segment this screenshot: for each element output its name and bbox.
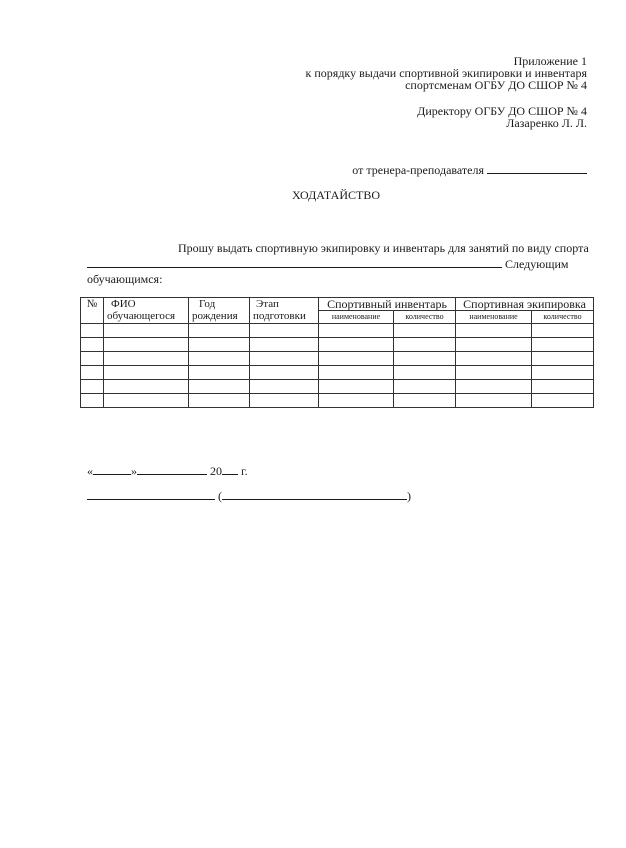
table-cell[interactable] — [104, 352, 189, 366]
table-row — [81, 380, 594, 394]
addressee-line-2: Лазаренко Л. Л. — [257, 117, 587, 129]
table-cell[interactable] — [104, 338, 189, 352]
table-cell[interactable] — [189, 324, 250, 338]
table-row — [81, 352, 594, 366]
table-cell[interactable] — [456, 394, 532, 408]
table-cell[interactable] — [456, 380, 532, 394]
table-cell[interactable] — [250, 324, 319, 338]
year-suffix: г. — [241, 464, 248, 478]
document-header: Приложение 1 к порядку выдачи спортивной… — [257, 55, 587, 129]
col-header-number: № — [81, 298, 104, 324]
col-header-birth-year: Годрождения — [189, 298, 250, 324]
table-cell[interactable] — [81, 380, 104, 394]
table-cell[interactable] — [250, 352, 319, 366]
table-cell[interactable] — [189, 352, 250, 366]
table-cell[interactable] — [81, 324, 104, 338]
table-cell[interactable] — [319, 380, 394, 394]
group-header-inventory: Спортивный инвентарь — [319, 298, 456, 311]
table-cell[interactable] — [81, 394, 104, 408]
month-blank[interactable] — [137, 464, 207, 475]
table-cell[interactable] — [81, 366, 104, 380]
table-cell[interactable] — [104, 366, 189, 380]
table-row — [81, 366, 594, 380]
sport-line: Следующим — [87, 257, 569, 270]
table-cell[interactable] — [394, 352, 456, 366]
col-header-stage: Этапподготовки — [250, 298, 319, 324]
table-cell[interactable] — [189, 366, 250, 380]
sport-name-blank[interactable] — [87, 257, 502, 268]
table-cell[interactable] — [319, 394, 394, 408]
table-cell[interactable] — [394, 394, 456, 408]
table-cell[interactable] — [250, 338, 319, 352]
table-cell[interactable] — [532, 352, 594, 366]
table-cell[interactable] — [319, 352, 394, 366]
subheader-inventory-name: наименование — [319, 311, 394, 324]
trainer-name-blank[interactable] — [487, 163, 587, 174]
table-cell[interactable] — [532, 394, 594, 408]
table-cell[interactable] — [532, 338, 594, 352]
table-cell[interactable] — [250, 394, 319, 408]
next-word: Следующим — [505, 257, 569, 271]
signature-blank[interactable] — [87, 489, 215, 500]
year-blank[interactable] — [222, 464, 238, 475]
table-cell[interactable] — [319, 338, 394, 352]
signature-decoding-blank[interactable] — [222, 489, 407, 500]
table-row — [81, 338, 594, 352]
table-cell[interactable] — [104, 324, 189, 338]
table-cell[interactable] — [189, 338, 250, 352]
students-label: обучающимся: — [87, 273, 162, 285]
table-cell[interactable] — [189, 394, 250, 408]
from-trainer-line: от тренера-преподавателя — [352, 163, 587, 176]
table-cell[interactable] — [250, 380, 319, 394]
table-cell[interactable] — [319, 366, 394, 380]
year-prefix: 20 — [210, 464, 222, 478]
table-cell[interactable] — [394, 324, 456, 338]
request-text: Прошу выдать спортивную экипировку и инв… — [178, 242, 589, 254]
date-line: «» 20 г. — [87, 464, 248, 477]
table-cell[interactable] — [394, 338, 456, 352]
table-cell[interactable] — [319, 324, 394, 338]
col-header-fio: ФИОобучающегося — [104, 298, 189, 324]
subheader-equipment-name: наименование — [456, 311, 532, 324]
signature-line: () — [87, 489, 411, 502]
table-cell[interactable] — [394, 366, 456, 380]
table-cell[interactable] — [532, 324, 594, 338]
table-cell[interactable] — [189, 380, 250, 394]
document-title: ХОДАТАЙСТВО — [292, 188, 380, 203]
paren-close: ) — [407, 489, 411, 503]
table-header-row-1: № ФИОобучающегося Годрождения Этапподгот… — [81, 298, 594, 311]
subheader-inventory-qty: количество — [394, 311, 456, 324]
table-row — [81, 394, 594, 408]
subheader-equipment-qty: количество — [532, 311, 594, 324]
table-row — [81, 324, 594, 338]
table-cell[interactable] — [394, 380, 456, 394]
table-cell[interactable] — [81, 352, 104, 366]
table-cell[interactable] — [456, 366, 532, 380]
table-cell[interactable] — [456, 324, 532, 338]
table-cell[interactable] — [250, 366, 319, 380]
table-cell[interactable] — [104, 394, 189, 408]
table-cell[interactable] — [532, 366, 594, 380]
group-header-equipment: Спортивная экипировка — [456, 298, 594, 311]
table-cell[interactable] — [81, 338, 104, 352]
table-cell[interactable] — [456, 352, 532, 366]
table-cell[interactable] — [104, 380, 189, 394]
appendix-line-3: спортсменам ОГБУ ДО СШОР № 4 — [257, 79, 587, 91]
students-table: № ФИОобучающегося Годрождения Этапподгот… — [80, 297, 594, 408]
table-cell[interactable] — [532, 380, 594, 394]
table-cell[interactable] — [456, 338, 532, 352]
from-trainer-label: от тренера-преподавателя — [352, 163, 484, 177]
day-blank[interactable] — [93, 464, 131, 475]
